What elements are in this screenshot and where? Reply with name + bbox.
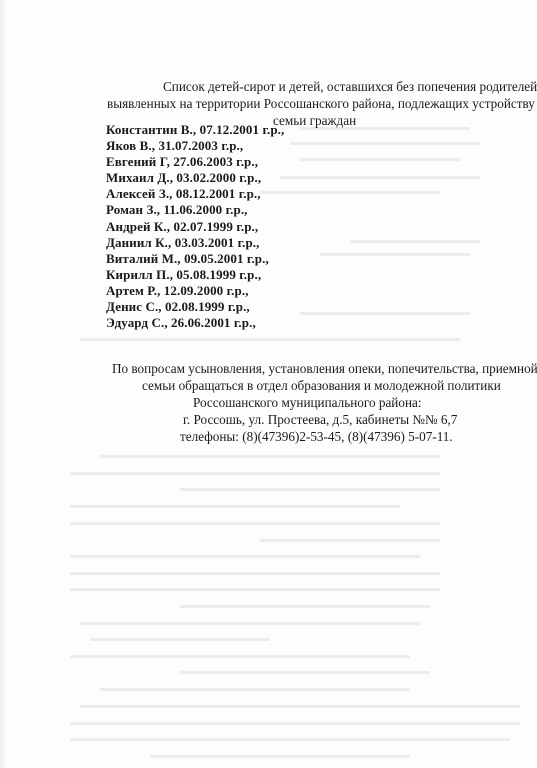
- scan-edge-shadow: [0, 0, 6, 768]
- list-item: Эдуард С., 26.06.2001 г.р.,: [106, 315, 284, 331]
- contact-line-2: семьи обращаться в отдел образования и м…: [142, 377, 501, 394]
- list-item: Алексей З., 08.12.2001 г.р.,: [106, 186, 284, 202]
- list-item: Виталий М., 09.05.2001 г.р.,: [106, 251, 284, 267]
- contact-address: г. Россошь, ул. Простеева, д.5, кабинеты…: [183, 411, 457, 428]
- list-item: Евгений Г, 27.06.2003 г.р.,: [106, 154, 284, 170]
- list-item: Артем Р., 12.09.2000 г.р.,: [106, 283, 284, 299]
- list-item: Андрей К., 02.07.1999 г.р.,: [106, 219, 284, 235]
- list-item: Кирилл П., 05.08.1999 г.р.,: [106, 267, 284, 283]
- list-item: Денис С., 02.08.1999 г.р.,: [106, 299, 284, 315]
- scanned-page: Список детей-сирот и детей, оставшихся б…: [0, 0, 537, 768]
- contact-line-1: По вопросам усыновления, установления оп…: [112, 360, 537, 377]
- title-line-2: выявленных на территории Россошанского р…: [107, 95, 537, 112]
- title-line-1: Список детей-сирот и детей, оставшихся б…: [163, 78, 537, 95]
- list-item: Роман З., 11.06.2000 г.р.,: [106, 202, 284, 218]
- list-item: Яков В., 31.07.2003 г.р.,: [106, 138, 284, 154]
- list-item: Даниил К., 03.03.2001 г.р.,: [106, 235, 284, 251]
- title-line-3: семьи граждан: [273, 112, 356, 129]
- list-item: Константин В., 07.12.2001 г.р.,: [106, 122, 284, 138]
- children-list: Константин В., 07.12.2001 г.р., Яков В.,…: [106, 122, 284, 331]
- contact-phones: телефоны: (8)(47396)2-53-45, (8)(47396) …: [180, 428, 453, 445]
- contact-line-3: Россошанского муниципального района:: [193, 394, 422, 411]
- list-item: Михаил Д., 03.02.2000 г.р.,: [106, 170, 284, 186]
